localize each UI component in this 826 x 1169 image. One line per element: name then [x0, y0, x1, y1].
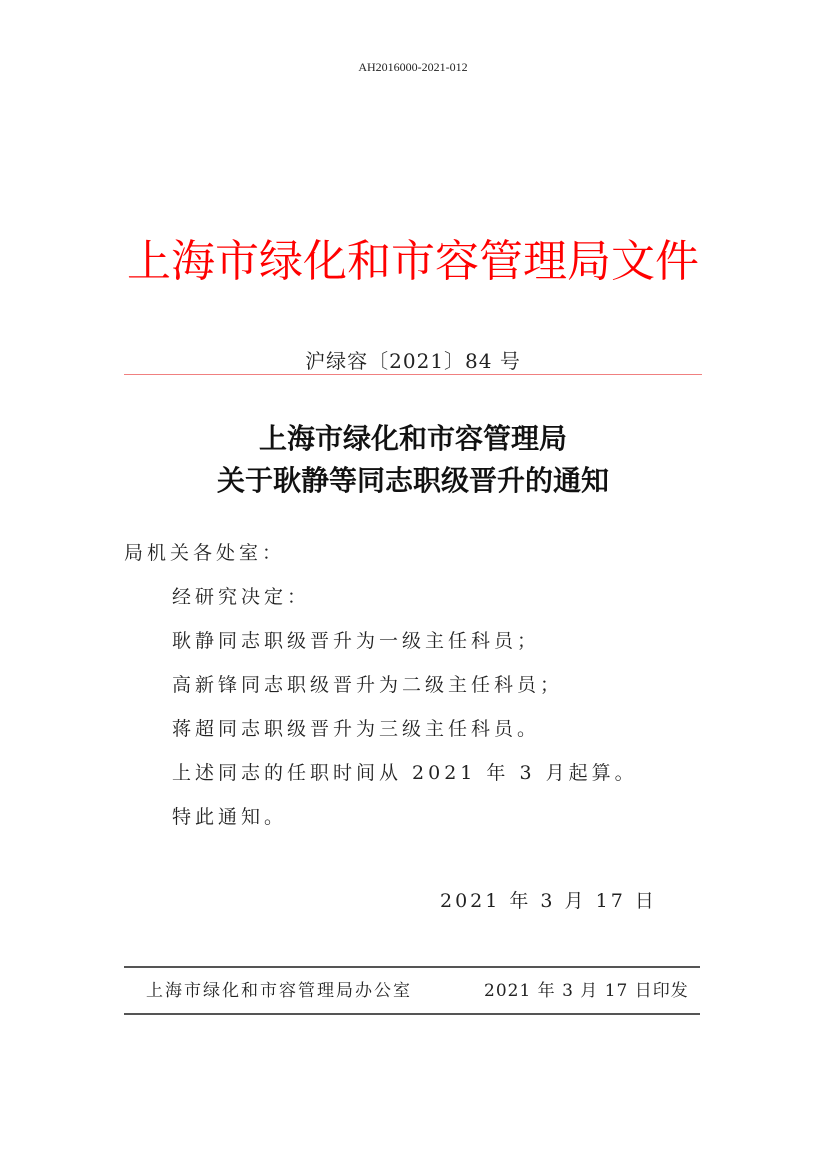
document-title-line-2: 关于耿静等同志职级晋升的通知	[0, 460, 826, 502]
footer-issue-date: 2021 年 3 月 17 日印发	[484, 976, 689, 1001]
paragraph-closing: 特此通知。	[124, 802, 724, 846]
footer-office: 上海市绿化和市容管理局办公室	[146, 976, 412, 1001]
document-title-line-1: 上海市绿化和市容管理局	[0, 418, 826, 460]
footer-divider-bottom	[124, 1013, 700, 1015]
paragraph-promotion-3: 蒋超同志职级晋升为三级主任科员。	[124, 714, 724, 758]
document-id: AH2016000-2021-012	[0, 60, 826, 75]
footer-divider-top	[124, 966, 700, 968]
document-number: 沪绿容〔2021〕84 号	[0, 345, 826, 374]
document-body: 局机关各处室： 经研究决定： 耿静同志职级晋升为一级主任科员； 高新锋同志职级晋…	[124, 538, 724, 846]
paragraph-promotion-1: 耿静同志职级晋升为一级主任科员；	[124, 626, 724, 670]
paragraph-effective-date: 上述同志的任职时间从 2021 年 3 月起算。	[124, 758, 724, 802]
document-title: 上海市绿化和市容管理局 关于耿静等同志职级晋升的通知	[0, 418, 826, 502]
red-divider	[124, 374, 702, 375]
paragraph-promotion-2: 高新锋同志职级晋升为二级主任科员；	[124, 670, 724, 714]
salutation: 局机关各处室：	[124, 538, 724, 582]
issuer-title: 上海市绿化和市容管理局文件	[0, 232, 826, 292]
paragraph-decision: 经研究决定：	[124, 582, 724, 626]
signature-date: 2021 年 3 月 17 日	[440, 886, 657, 913]
